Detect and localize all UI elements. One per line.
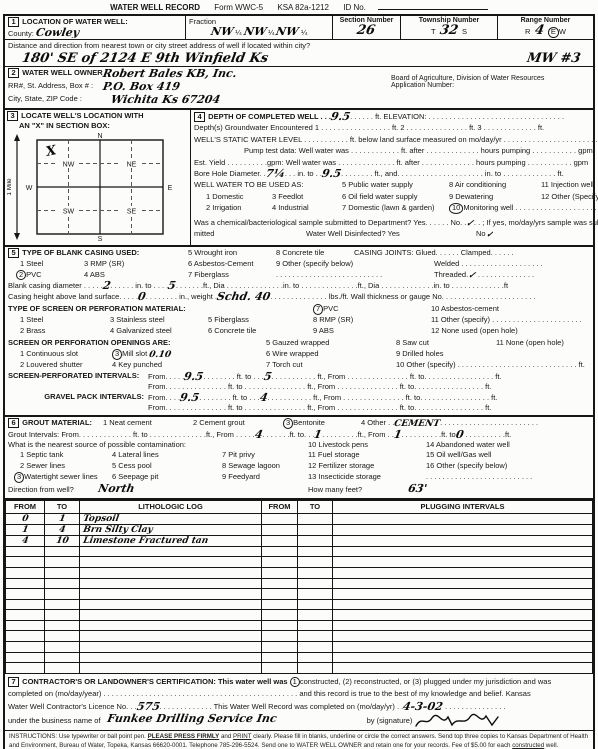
screen-intervals-label: SCREEN-PERFORATED INTERVALS: [8,371,148,382]
use-option-2: 2 Irrigation [206,202,272,213]
locate-title-1: LOCATE WELL'S LOCATION WITH [21,111,143,120]
direction-value: North [97,483,309,497]
use-title: WELL WATER TO BE USED AS: [194,179,342,190]
contam-option-16: 16 Other (specify below) [426,461,507,472]
log-row: 0 1 Topsoil [6,513,593,524]
quadrant-sw-label: SW [63,209,75,216]
form-title: WATER WELL RECORD [110,3,200,12]
grout-seg-2: . . . . . . .ft. to. . . [262,430,314,439]
instructions-text: and [219,733,233,740]
casing-diameter-value: 2 [102,280,112,291]
section-number-value: 26 [356,24,376,37]
grout-from-1: 4 [254,429,264,440]
grout-option-1: 1 Neat cement [103,418,193,429]
plug-to [298,535,333,546]
opening-option-7: 7 Torch cut [266,360,396,371]
contam-option-2: 2 Sewer lines [20,461,112,472]
casing-option-3: 3 RMP (SR) [84,259,188,270]
licence-label: Water Well Contractor's Licence No. . . [8,702,137,711]
casing-option-2-circled: 2 [16,270,26,281]
screen-option-10: 10 Asbestos-cement [431,304,499,315]
east-label: E [168,185,173,192]
openings-title: SCREEN OR PERFORATION OPENINGS ARE: [8,338,266,349]
log-from-value: 1 [21,526,29,535]
grout-option-2: 2 Cement grout [193,418,283,429]
grout-option-4: 4 Other . . [361,418,394,427]
use-option-5: 5 Public water supply [342,179,449,190]
log-row: 4 10 Limestone Fractured tan [6,535,593,546]
fraction-label: Fraction [189,17,329,26]
static-level-line: WELL'S STATIC WATER LEVEL . . . . . . . … [194,134,598,145]
location-cell: 1LOCATION OF WATER WELL: County: Cowley [5,16,186,39]
log-row: 1 4 Brn Silty Clay [6,524,593,535]
disinfected-no-check: ✓ [485,231,493,239]
threaded-dots: . . . . . . . . . . . . . . [476,270,534,279]
sample-question-cont: . . ; If yes, mo/day/yrs sample was sub- [474,218,598,227]
log-from: 1 [6,524,45,535]
mid-block: 3LOCATE WELL'S LOCATION WITH AN "X" IN S… [5,110,593,247]
casing-option-1: 1 Steel [20,259,84,270]
plug-from [262,535,298,546]
log-desc-value: Brn Silty Clay [82,526,153,535]
screen-intervals-line-2: From. . . . . . . . . . . . . . . ft. to… [8,382,593,393]
plug-from [262,524,298,535]
contam-option-15: 15 Oil well/Gas well [426,450,491,461]
township-cell: Township Number T 32 S [401,16,498,39]
screen-option-5: 5 Fiberglass [208,315,313,326]
address-value: P.O. Box 419 [102,81,181,92]
section-5-number: 5 [8,248,19,258]
casing-other-dots: . . . . . . . . . . . . . . . . . . . . … [276,270,394,281]
screen-option-2: 2 Brass [20,326,110,337]
range-label: Range Number [501,17,590,24]
contam-option-5: 5 Cess pool [112,461,222,472]
well-id-value: MW #3 [525,52,581,65]
log-empty-row [6,610,593,621]
contam-option-12: 12 Fertilizer storage [308,461,426,472]
plug-to [298,524,333,535]
casing-diameter-to: . . . . . . in. to . . . . [110,281,168,290]
screen-option-4: 4 Galvanized steel [110,326,208,337]
gravel-intervals-line-2: From. . . . . . . . . . . . . . . ft. to… [8,403,593,414]
lithologic-log-table: FROM TO LITHOLOGIC LOG FROM TO PLUGGING … [5,500,593,674]
city-label: City, State, ZIP Code : [8,94,103,103]
log-from: 0 [6,513,45,524]
use-option-6: 6 Oil field water supply [342,191,449,202]
instructions-text: well. [544,742,558,749]
log-desc-value: Topsoil [82,515,119,524]
contam-option-3-circled: 3 [14,472,24,483]
gravel-intervals-label: GRAVEL PACK INTERVALS: [8,392,148,403]
fraction-1: NW [210,26,234,37]
well-data-block: 4DEPTH OF COMPLETED WELL . . .9.5. . . .… [191,110,598,245]
log-empty-row [6,663,593,674]
blank-casing-title: TYPE OF BLANK CASING USED: [22,248,139,257]
section-number-cell: Section Number 26 [333,16,401,39]
instructions: INSTRUCTIONS: Use typewriter or ball poi… [5,731,593,749]
log-desc: Brn Silty Clay [80,524,262,535]
record-date-value: 4-3-02 [402,701,444,712]
quadrant-nw-label: NW [63,162,75,169]
plug-interval [333,524,593,535]
opening-option-3-circled: 3 [112,349,122,360]
log-to: 10 [45,535,80,546]
contam-option-10: 10 Livestock pens [308,440,426,451]
casing-joints-welded: Welded . . . . . . . . . . . . . . . . .… [394,259,543,270]
record-completed-label: . . . . . . . . . . . . . This Water Wel… [160,702,404,711]
constructed-1-circled: 1 [290,677,300,688]
signature-label: by (signature) [367,713,413,728]
location-title: LOCATION OF WATER WELL: [22,17,128,26]
log-empty-row [6,567,593,578]
fraction-cell: Fraction NW ¼ NW ¼ NW ¼ [186,16,333,39]
contam-option-3: Watertight sewer lines [24,472,98,481]
contam-option-8: 8 Sewage lagoon [222,461,308,472]
casing-option-7: 7 Fiberglass [188,270,276,281]
press-firmly-text: PLEASE PRESS FIRMLY [148,733,220,740]
grout-title: GROUT MATERIAL: [22,418,92,427]
screen-option-9: 9 ABS [313,326,431,337]
casing-weight-label: . . . . . . . . in., weight . [146,292,217,301]
certification-lead: CONTRACTOR'S OR LANDOWNER'S CERTIFICATIO… [22,677,287,686]
grout-to-2: 0 [455,429,465,440]
licence-value: 575 [136,701,161,712]
log-empty-row [6,589,593,600]
section-7-number: 7 [8,677,19,687]
plug-interval [333,535,593,546]
certification-block: 7CONTRACTOR'S OR LANDOWNER'S CERTIFICATI… [5,674,593,732]
screen-option-11: 11 Other (specify) . . . . . . . . . . .… [431,315,582,326]
business-name-label: under the business name of [8,713,101,728]
plug-from [262,513,298,524]
screen-material-title: TYPE OF SCREEN OR PERFORATION MATERIAL: [8,304,313,315]
address-label: RR#, St. Address, Box # : [8,81,103,90]
contam-option-11: 11 Fuel storage [308,450,426,461]
threaded-check: ✓ [467,272,476,281]
groundwater-line: Depth(s) Groundwater Encountered 1 . . .… [194,122,598,133]
sample-question: Was a chemical/bacteriological sample su… [194,218,466,227]
casing-option-4: 4 ABS [84,270,188,281]
spi-to-value: 5 [263,371,273,382]
opening-option-10: 10 Other (specify) . . . . . . . . . . .… [396,360,585,371]
township-t: T [431,27,436,36]
fraction-3: NW [276,26,300,37]
casing-weight-value: Schd. 40 [216,291,271,302]
bore-to-label: . . . in. to . . [285,169,322,178]
print-text: PRINT [233,733,251,740]
township-value: 32 [439,24,459,37]
log-empty-row [6,620,593,631]
opening-option-11: 11 None (open hole) [496,338,564,349]
disinfected-question: Water Well Disinfected? Yes [246,228,476,239]
screen-option-12: 12 None used (open hole) [431,326,518,337]
sample-no-check: ✓ [466,220,475,228]
log-header-from: FROM [6,500,45,513]
location-row: 1LOCATION OF WATER WELL: County: Cowley … [5,16,593,40]
fraction-2: NW [243,26,267,37]
grout-other-value: CEMENT [394,420,441,429]
use-option-7: 7 Domestic (lawn & garden) [342,202,449,213]
section-1-number: 1 [8,17,19,27]
water-well-record-form: WATER WELL RECORD Form WWC-5 KSA 82a-121… [0,0,598,749]
section-box-block: 3LOCATE WELL'S LOCATION WITH AN "X" IN S… [5,110,191,245]
agency-name: Board of Agriculture, Division of Water … [391,75,590,82]
opening-option-3: Mill slot [122,349,147,358]
casing-diameter-rest: . . . . . . .ft., Dia . . . . . . . . . … [176,281,508,290]
use-option-1: 1 Domestic [206,191,272,202]
contam-option-7: 7 Pit privy [222,450,308,461]
owner-title: WATER WELL OWNER : [22,68,103,77]
screen-option-3: 3 Stainless steel [110,315,208,326]
contam-option-9: 9 Feedyard [222,472,308,483]
quarter-glyph: ¼ [301,28,307,37]
quarter-glyph: ¼ [268,28,274,37]
grout-seg-4: . . . . . . . . . .ft. to [401,430,455,439]
distance-label: Distance and direction from nearest town… [8,41,590,50]
est-yield-line: Est. Yield . . . . . . . . . .gpm: Well … [194,157,598,168]
grout-seg-5: . . . . . . . . . .ft. [463,430,511,439]
casing-joints-label: CASING JOINTS: Glued. . . . . . Clamped.… [354,248,514,259]
log-header-row: FROM TO LITHOLOGIC LOG FROM TO PLUGGING … [6,500,593,513]
log-empty-row [6,546,593,557]
log-header-plugging: PLUGGING INTERVALS [333,500,593,513]
gpi-to-value: 4 [259,392,269,403]
screen-option-8: 8 RMP (SR) [313,315,431,326]
contam-other-dots: . . . . . . . . . . . . . . . . . . . . … [426,472,532,483]
log-to: 4 [45,524,80,535]
opening-option-2: 2 Louvered shutter [20,360,112,371]
casing-wall-label: . . . . . . . . . . . . . . lbs./ft. Wal… [270,292,535,301]
opening-option-6: 6 Wire wrapped [266,349,396,360]
bore-diameter-value: 7¼ [265,168,286,179]
casing-height-value: 0 [137,291,147,302]
feet-label: How many feet? [308,483,408,497]
quadrant-ne-label: NE [127,162,137,169]
log-empty-row [6,599,593,610]
mill-slot-size: 0.10 [148,351,172,360]
west-label: W [26,185,33,192]
opening-option-4: 4 Key punched [112,360,266,371]
business-name-value: Funkee Drilling Service Inc [105,713,368,728]
county-label: County: [8,29,34,38]
spi-to: . . . . . . . . ft. to . . . [203,372,263,381]
north-label: N [97,133,102,140]
grout-intervals-label: Grout Intervals: From. . . . . . . . . .… [8,430,255,439]
feet-value: 63' [407,483,428,497]
use-option-3: 3 Feedlot [272,191,342,202]
log-empty-row [6,557,593,568]
quadrant-se-label: SE [127,209,137,216]
record-date-dots: . . . . . . . . . . . . . . . [443,702,506,711]
casing-option-2: PVC [26,270,41,279]
owner-left: 2WATER WELL OWNER : Robert Bales KB, Inc… [5,67,388,108]
opening-option-9: 9 Drilled holes [396,349,444,360]
spi-rest: . . . . . . . . . . . ft., From . . . . … [272,372,502,381]
screen-option-7-circled: 7 [313,304,323,315]
log-desc: Limestone Fractured tan [80,535,262,546]
gpi-from-value: 9.5 [179,392,200,403]
well-x-mark: X [44,143,59,160]
casing-option-6: 6 Asbestos-Cement [188,259,276,270]
plug-to [298,513,333,524]
contam-option-14: 14 Abandoned water well [426,440,510,451]
form-header: WATER WELL RECORD Form WWC-5 KSA 82a-121… [3,2,595,14]
county-value: Cowley [35,27,80,38]
spi-from: From. . . . . [148,372,184,381]
contam-option-1: 1 Septic tank [20,450,112,461]
range-west: W [559,27,566,36]
id-label: ID No. [343,3,366,12]
casing-screen-block: 5TYPE OF BLANK CASING USED: 5 Wrought ir… [5,247,593,417]
opening-option-1: 1 Continuous slot [20,349,112,360]
log-header-to2: TO [298,500,333,513]
log-from-value: 0 [21,515,29,524]
quarter-glyph: ¼ [235,28,241,37]
opening-option-8: 8 Saw cut [396,338,496,349]
township-s: S [462,27,467,36]
township-label: Township Number [404,17,494,24]
distance-block: Distance and direction from nearest town… [5,40,593,67]
form-statute: KSA 82a-1212 [277,3,329,12]
casing-option-9: 9 Other (specify below) [276,259,394,270]
screen-option-7: PVC [323,304,338,313]
log-empty-row [6,652,593,663]
grout-contamination-block: 6GROUT MATERIAL: 1 Neat cement 2 Cement … [5,417,593,500]
casing-option-8: 8 Concrete tile [276,248,354,259]
depth-completed-label: DEPTH OF COMPLETED WELL . . . [208,112,331,121]
instructions-text: INSTRUCTIONS: Use typewriter or ball poi… [9,733,148,740]
use-option-10: Monitoring well . . . . . . . . . . . . … [463,203,598,212]
log-header-to: TO [45,500,80,513]
grout-seg-3: . . . . . . . . .ft., From . . [322,430,394,439]
certification-lead-cont: constructed, (2) reconstructed, or (3) p… [300,677,551,686]
log-to-value: 10 [55,537,69,546]
pump-test-line: Pump test data: Well water was . . . . .… [194,145,598,156]
spi-from-value: 9.5 [183,371,204,382]
grout-option-3-circled: 3 [283,418,293,429]
range-east-circled: E [548,27,559,38]
sample-mitted: mitted [194,228,246,239]
screen-option-6: 6 Concrete tile [208,326,313,337]
form-body: 1LOCATION OF WATER WELL: County: Cowley … [3,14,595,749]
log-from-value: 4 [21,537,29,546]
opening-option-5: 5 Gauzed wrapped [266,338,396,349]
log-from: 4 [6,535,45,546]
direction-label: Direction from well? [8,483,98,497]
disinfected-no: No [476,229,486,238]
constructed-text: constructed [512,742,544,749]
log-to: 1 [45,513,80,524]
bore-diameter-label: Bore Hole Diameter. . [194,169,266,178]
south-label: S [98,236,103,242]
distance-value: 180' SE of 2124 E 9th Winfield Ks [21,52,269,65]
form-number: Form WWC-5 [214,3,263,12]
casing-joints-threaded: Threaded. [434,270,468,279]
gpi-to: . . . . . . . . ft. to . . . [199,393,259,402]
section-box-diagram: 1 Mile NW NE SW S [7,130,185,242]
owner-block: 2WATER WELL OWNER : Robert Bales KB, Inc… [5,67,593,110]
completed-on-line: completed on (mo/day/year) . . . . . . .… [8,688,590,701]
plug-interval [333,513,593,524]
gpi-from: From. . . . [148,393,180,402]
grout-option-3: Bentonite [293,418,325,427]
section-4-number: 4 [194,112,205,122]
application-number-label: Application Number: [391,82,590,89]
one-mile-label: 1 Mile [7,178,13,196]
log-to-value: 4 [58,526,66,535]
contamination-title: What is the nearest source of possible c… [8,440,308,451]
contam-option-4: 4 Lateral lines [112,450,222,461]
bore-and-label: . . . . . . . . ft., and. . . . . . . . … [341,169,564,178]
use-option-9: 9 Dewatering [449,191,541,202]
use-option-12: 12 Other (Specify below) [541,191,598,202]
screen-option-1: 1 Steel [20,315,110,326]
casing-diameter-label: Blank casing diameter . . . . . [8,281,103,290]
log-empty-row [6,631,593,642]
contam-option-6: 6 Seepage pit [112,472,222,483]
casing-option-5: 5 Wrought iron [188,248,276,259]
section-6-number: 6 [8,418,19,428]
range-cell: Range Number R 4 EW [498,16,593,39]
use-option-11: 11 Injection well [541,179,594,190]
section-2-number: 2 [8,68,19,78]
range-value: 4 [533,24,544,37]
bore-depth-value: 9.5 [321,168,342,179]
range-r: R [525,27,530,36]
locate-title-2: AN "X" IN SECTION BOX: [7,121,188,130]
contam-option-13: 13 Insecticide storage [308,472,426,483]
elevation-label: . . . . . . ft. ELEVATION: . . . . . . .… [350,112,564,121]
casing-height-label: Casing height above land surface. . . . … [8,292,138,301]
city-value: Wichita Ks 67204 [110,94,221,105]
log-desc-value: Limestone Fractured tan [82,537,209,546]
owner-name: Robert Bales KB, Inc. [102,68,238,79]
section-3-number: 3 [7,111,18,121]
use-option-8: 8 Air conditioning [449,179,541,190]
id-blank-line [378,2,488,10]
log-header-from2: FROM [262,500,298,513]
use-option-4: 4 Industrial [272,202,342,213]
signature-scribble [412,713,500,728]
log-empty-row [6,578,593,589]
grout-from-2: 1 [393,429,403,440]
log-to-value: 1 [58,515,66,524]
log-header-litho: LITHOLOGIC LOG [80,500,262,513]
use-option-10-circled: 10 [449,203,463,213]
grout-other-dots: . . . . . . . . . . . . . . . . . . . . … [440,418,538,427]
log-empty-row [6,642,593,653]
log-desc: Topsoil [80,513,262,524]
gpi-rest: . . . . . . . . . . . ft., From . . . . … [267,393,497,402]
agency-block: Board of Agriculture, Division of Water … [388,67,593,108]
depth-completed-value: 9.5 [330,111,351,122]
